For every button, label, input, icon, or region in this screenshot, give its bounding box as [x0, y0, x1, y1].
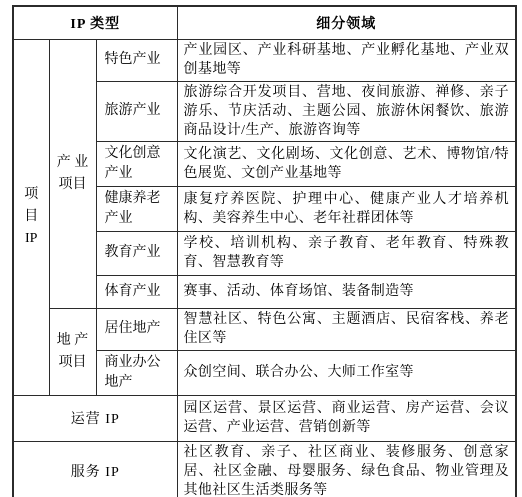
table-row: 地 产 项目 居住地产 智慧社区、特色公寓、主题酒店、民宿客栈、养老住区等	[13, 308, 516, 350]
table-header-row: IP 类型 细分领域	[13, 6, 516, 39]
label-residential-realestate: 居住地产	[96, 308, 177, 350]
page: IP 类型 细分领域 项 目 IP 产 业 项目 特色产业 产业园区、产业科研基…	[0, 0, 522, 497]
label-tourism-industry: 旅游产业	[96, 81, 177, 141]
cell-realestate-project: 地 产 项目	[49, 308, 96, 395]
label-operation-ip: 运营 IP	[13, 395, 177, 441]
cell-project-ip: 项 目 IP	[13, 39, 49, 395]
detail-operation-ip: 园区运营、景区运营、商业运营、房产运营、会议运营、产业运营、营销创新等	[177, 395, 516, 441]
label-education-industry: 教育产业	[96, 231, 177, 275]
table-row: 项 目 IP 产 业 项目 特色产业 产业园区、产业科研基地、产业孵化基地、产业…	[13, 39, 516, 81]
detail-health-elderly-industry: 康复疗养医院、护理中心、健康产业人才培养机构、美容养生中心、老年社群团体等	[177, 186, 516, 231]
label-service-ip: 服务 IP	[13, 441, 177, 497]
label-commercial-office-realestate: 商业办公地产	[96, 350, 177, 395]
table-row: 运营 IP 园区运营、景区运营、商业运营、房产运营、会议运营、产业运营、营销创新…	[13, 395, 516, 441]
label-sports-industry: 体育产业	[96, 275, 177, 308]
detail-education-industry: 学校、培训机构、亲子教育、老年教育、特殊教育、智慧教育等	[177, 231, 516, 275]
header-subdivision: 细分领域	[177, 6, 516, 39]
header-ip-type: IP 类型	[13, 6, 177, 39]
detail-sports-industry: 赛事、活动、体育场馆、装备制造等	[177, 275, 516, 308]
label-cultural-creative-industry: 文化创意产业	[96, 141, 177, 186]
detail-residential-realestate: 智慧社区、特色公寓、主题酒店、民宿客栈、养老住区等	[177, 308, 516, 350]
table-row: 服务 IP 社区教育、亲子、社区商业、装修服务、创意家居、社区金融、母婴服务、绿…	[13, 441, 516, 497]
detail-cultural-creative-industry: 文化演艺、文化剧场、文化创意、艺术、博物馆/特色展览、文创产业基地等	[177, 141, 516, 186]
cell-industry-project: 产 业 项目	[49, 39, 96, 308]
label-special-industry: 特色产业	[96, 39, 177, 81]
detail-service-ip: 社区教育、亲子、社区商业、装修服务、创意家居、社区金融、母婴服务、绿色食品、物业…	[177, 441, 516, 497]
detail-commercial-office-realestate: 众创空间、联合办公、大师工作室等	[177, 350, 516, 395]
detail-tourism-industry: 旅游综合开发项目、营地、夜间旅游、禅修、亲子游乐、节庆活动、主题公园、旅游休闲餐…	[177, 81, 516, 141]
ip-type-table: IP 类型 细分领域 项 目 IP 产 业 项目 特色产业 产业园区、产业科研基…	[12, 5, 517, 497]
detail-special-industry: 产业园区、产业科研基地、产业孵化基地、产业双创基地等	[177, 39, 516, 81]
label-health-elderly-industry: 健康养老产业	[96, 186, 177, 231]
